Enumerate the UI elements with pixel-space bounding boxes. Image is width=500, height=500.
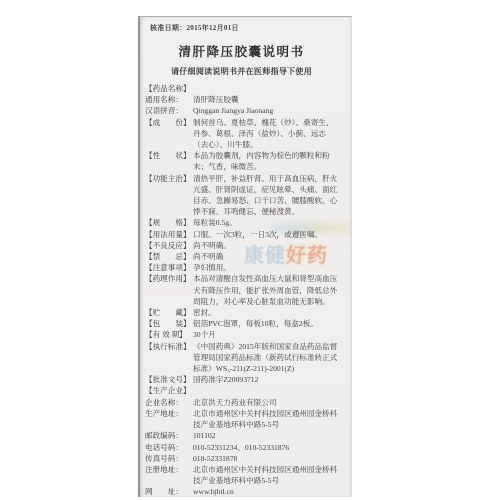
section-text: 每粒装0.5g。 <box>193 217 338 228</box>
section-label: 【药理作用】 <box>145 273 193 307</box>
section-text: 010-52331234、010-52331876 <box>193 442 338 453</box>
section-text: 孕妇慎用。 <box>193 262 338 273</box>
section-label: 邮政编码： <box>145 430 193 441</box>
section-row: 【成 份】 制何首乌、夏枯草、槐花（炒）、桑寄生、丹参、葛根、泽泻（盐炒）、小蓟… <box>145 117 338 151</box>
section-text: 北京市通州区中关村科技园区通州园金桥科技产业基地环科中路5-5号 <box>193 464 338 486</box>
section-text: 尚不明确。 <box>193 240 338 251</box>
section-label: 【生产企业】 <box>145 385 193 396</box>
section-text: 北京市通州区中关村科技园区通州园金桥科技产业基地环科中路5-5号 <box>193 408 338 430</box>
section-row: 【注意事项】 孕妇慎用。 <box>145 262 338 273</box>
section-text: 010-52331878 <box>193 453 338 464</box>
section-row: 【有 效 期】 30个月 <box>145 329 338 340</box>
section-label: 【药品名称】 <box>145 83 193 94</box>
section-row: 通用名称： 清肝降压胶囊 <box>145 94 338 105</box>
section-text: 清肝降压胶囊 <box>193 94 338 105</box>
section-row: 【用法用量】 口服。一次3粒，一日3次，或遵医嘱。 <box>145 229 338 240</box>
section-row: 【生产企业】 <box>145 385 338 396</box>
section-label: 汉语拼音： <box>145 105 193 116</box>
section-row: 【包 装】 铝箔PVC泡罩，每板10粒，每盒2板。 <box>145 318 338 329</box>
section-label: 企业名称： <box>145 397 193 408</box>
section-row: 【药品名称】 <box>145 83 338 94</box>
approval-date-value: 2015年12月01日 <box>187 24 239 32</box>
section-row: 【批准文号】 国药准字Z20093712 <box>145 374 338 385</box>
page-title: 清肝降压胶囊说明书 <box>145 42 338 60</box>
section-row: 生产地址： 北京市通州区中关村科技园区通州园金桥科技产业基地环科中路5-5号 <box>145 408 338 430</box>
section-label: 【成 份】 <box>145 117 193 151</box>
section-label: 【不良反应】 <box>145 240 193 251</box>
section-row: 【性 状】 本品为胶囊剂，内容物为棕色的颗粒和粉末；气香，味微苦。 <box>145 150 338 172</box>
section-row: 网 址： www.bjhtl.cn <box>145 486 338 497</box>
section-text: 30个月 <box>193 329 338 340</box>
section-text: www.bjhtl.cn <box>193 486 338 497</box>
section-label: 【注意事项】 <box>145 262 193 273</box>
section-row: 【贮 藏】 密封。 <box>145 307 338 318</box>
section-row: 【功能主治】 清热平肝，补益肝肾。用于高血压病，肝火亢盛、肝肾阴虚证，症见眩晕、… <box>145 173 338 218</box>
section-label: 【禁 忌】 <box>145 251 193 262</box>
section-row: 【规 格】 每粒装0.5g。 <box>145 217 338 228</box>
section-row: 【不良反应】 尚不明确。 <box>145 240 338 251</box>
section-label: 传真号码： <box>145 453 193 464</box>
section-label: 【执行标准】 <box>145 341 193 375</box>
page-subtitle: 请仔细阅读说明书并在医师指导下使用 <box>145 66 338 77</box>
section-row: 【药理作用】 本品对清醒自发性高血压大鼠和肾型高血压犬有降压作用，能扩张外周血管… <box>145 273 338 307</box>
section-row: 企业名称： 北京洪天力药业有限公司 <box>145 397 338 408</box>
section-text: 口服。一次3粒，一日3次，或遵医嘱。 <box>193 229 338 240</box>
section-row: 电话号码： 010-52331234、010-52331876 <box>145 442 338 453</box>
section-row: 注册地址： 北京市通州区中关村科技园区通州园金桥科技产业基地环科中路5-5号 <box>145 464 338 486</box>
section-row: 【执行标准】 《中国药典》2015年版和国家食品药品监督管理局国家药品标准（新药… <box>145 341 338 375</box>
section-label: 【功能主治】 <box>145 173 193 218</box>
section-label: 注册地址： <box>145 464 193 486</box>
section-text: 铝箔PVC泡罩，每板10粒，每盒2板。 <box>193 318 338 329</box>
section-text <box>193 83 338 94</box>
section-row: 【禁 忌】 尚不明确 <box>145 251 338 262</box>
leaflet-photo: 核准日期：2015年12月01日 清肝降压胶囊说明书 请仔细阅读说明书并在医师指… <box>0 0 500 500</box>
section-text: 密封。 <box>193 307 338 318</box>
section-label: 【性 状】 <box>145 150 193 172</box>
section-text: 101102 <box>193 430 338 441</box>
section-row: 传真号码： 010-52331878 <box>145 453 338 464</box>
section-label: 【规 格】 <box>145 217 193 228</box>
section-text: 《中国药典》2015年版和国家食品药品监督管理局国家药品标准（新药试行标准转正式… <box>193 341 338 375</box>
section-row: 汉语拼音： Qinggan Jiangya Jiaonang <box>145 105 338 116</box>
section-label: 【用法用量】 <box>145 229 193 240</box>
section-text: 国药准字Z20093712 <box>193 374 338 385</box>
section-label: 生产地址： <box>145 408 193 430</box>
approval-date-line: 核准日期：2015年12月01日 <box>150 23 338 33</box>
leaflet-content: 核准日期：2015年12月01日 清肝降压胶囊说明书 请仔细阅读说明书并在医师指… <box>140 17 351 498</box>
section-text: 清热平肝，补益肝肾。用于高血压病，肝火亢盛、肝肾阴虚证，症见眩晕、头痛、面红目赤… <box>193 173 338 218</box>
section-label: 【批准文号】 <box>145 374 193 385</box>
section-label: 电话号码： <box>145 442 193 453</box>
section-text: 尚不明确 <box>193 251 338 262</box>
section-label: 【包 装】 <box>145 318 193 329</box>
leaflet-paper: 核准日期：2015年12月01日 清肝降压胶囊说明书 请仔细阅读说明书并在医师指… <box>138 16 352 497</box>
section-text: 本品为胶囊剂，内容物为棕色的颗粒和粉末；气香，味微苦。 <box>193 150 338 172</box>
section-text <box>193 385 338 396</box>
section-text: Qinggan Jiangya Jiaonang <box>193 105 338 116</box>
sections-list: 【药品名称】 通用名称： 清肝降压胶囊 汉语拼音： Qinggan Jiangy… <box>145 83 338 498</box>
section-label: 【有 效 期】 <box>145 329 193 340</box>
section-text: 制何首乌、夏枯草、槐花（炒）、桑寄生、丹参、葛根、泽泻（盐炒）、小蓟、远志（去心… <box>193 117 338 151</box>
section-label: 【贮 藏】 <box>145 307 193 318</box>
section-label: 通用名称： <box>145 94 193 105</box>
section-row: 邮政编码： 101102 <box>145 430 338 441</box>
section-label: 网 址： <box>145 486 193 497</box>
approval-date-label: 核准日期： <box>150 24 187 32</box>
section-text: 北京洪天力药业有限公司 <box>193 397 338 408</box>
section-text: 本品对清醒自发性高血压大鼠和肾型高血压犬有降压作用，能扩张外周血管，降低总外周阻… <box>193 273 338 307</box>
